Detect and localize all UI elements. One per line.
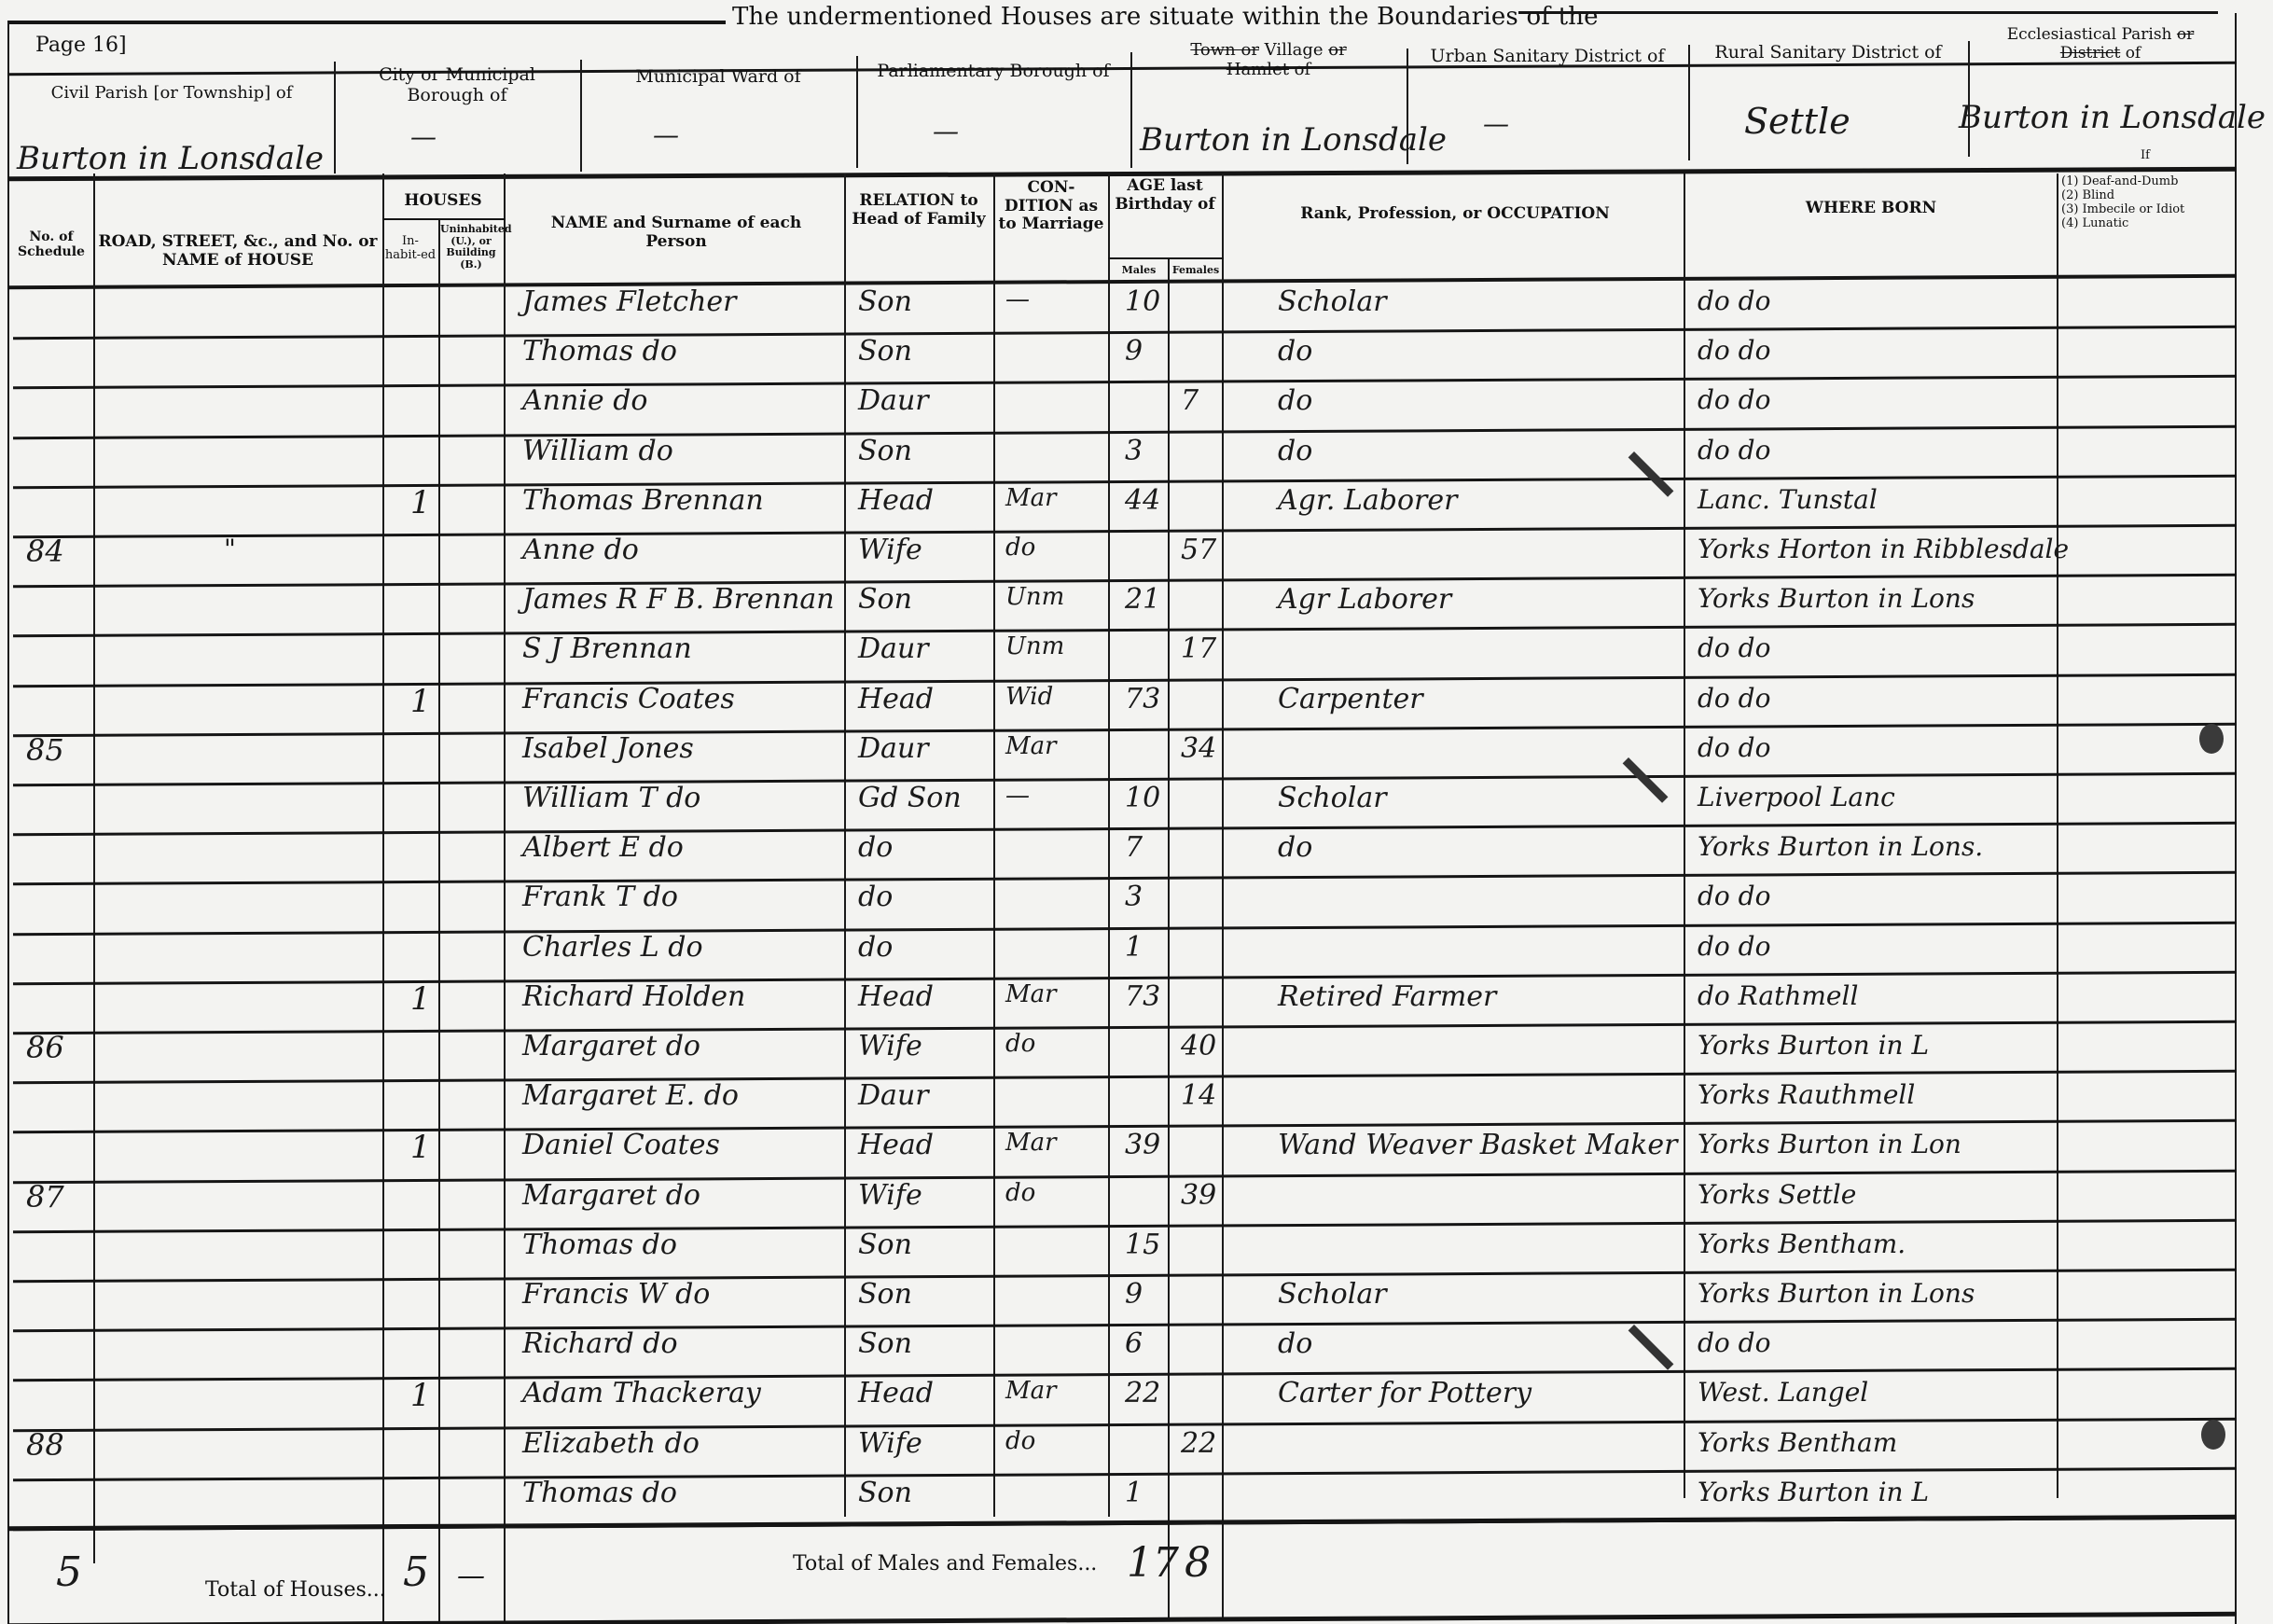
cell-name: Albert E do — [522, 831, 684, 864]
cell-occupation: Carter for Pottery — [1278, 1377, 1532, 1409]
cell-occupation: Wand Weaver Basket Maker — [1278, 1129, 1678, 1161]
cell-female-age: 17 — [1181, 632, 1216, 665]
cell-name: Richard do — [522, 1327, 678, 1360]
column-header-schedule: No. of Schedule — [11, 229, 91, 259]
boundary-value-parliamentary-borough: — — [933, 116, 959, 146]
cell-where-born: do do — [1698, 435, 1770, 465]
cell-name: William T do — [522, 782, 700, 814]
cell-name: Margaret do — [522, 1179, 700, 1212]
cell-condition: Unm — [1005, 583, 1064, 611]
cell-male-age: 1 — [1125, 1477, 1143, 1509]
column-header-males: Males — [1110, 265, 1168, 277]
boundary-value-municipal-ward: — — [653, 119, 679, 150]
cell-relation: Son — [858, 335, 912, 368]
cell-relation: Wife — [858, 1030, 922, 1062]
total-houses-inhabited: 5 — [403, 1548, 429, 1596]
cell-condition: Mar — [1005, 980, 1057, 1008]
cell-name: Margaret do — [522, 1030, 700, 1062]
boundary-value-ecclesiastical-parish: Burton in Lonsdale — [1959, 99, 2266, 136]
cell-where-born: do do — [1698, 931, 1770, 962]
cell-name: Richard Holden — [522, 980, 745, 1013]
document-title: The undermentioned Houses are situate wi… — [732, 4, 1599, 32]
cell-condition: — — [1005, 285, 1030, 313]
cell-male-age: 6 — [1125, 1327, 1143, 1360]
pencil-mark — [1629, 1325, 1674, 1370]
cell-condition: Unm — [1005, 632, 1064, 660]
census-page: Page 16] The undermentioned Houses are s… — [0, 0, 2273, 1624]
cell-where-born: Yorks Burton in Lon — [1698, 1129, 1961, 1159]
cell-relation: Head — [858, 980, 934, 1013]
cell-female-age: 34 — [1181, 732, 1216, 765]
boundary-value-city: — — [410, 121, 437, 152]
cell-schedule: 85 — [26, 732, 64, 768]
cell-name: Daniel Coates — [522, 1129, 720, 1161]
total-persons-label: Total of Males and Females... — [793, 1552, 1097, 1575]
total-females: 8 — [1185, 1539, 1211, 1587]
column-header-where-born: WHERE BORN — [1688, 200, 2054, 218]
cell-schedule: 84 — [26, 534, 64, 569]
cell-condition: Wid — [1005, 683, 1053, 711]
cell-occupation: do — [1278, 384, 1312, 417]
cell-relation: do — [858, 831, 893, 864]
cell-name: Thomas do — [522, 1477, 677, 1509]
cell-male-age: 39 — [1125, 1129, 1160, 1161]
boundary-value-rural-sanitary: Settle — [1744, 101, 1850, 142]
cell-name: Anne do — [522, 534, 639, 566]
cell-relation: do — [858, 931, 893, 964]
cell-where-born: Yorks Horton in Ribblesdale — [1698, 534, 2069, 564]
cell-name: James R F B. Brennan — [522, 583, 835, 616]
cell-male-age: 9 — [1125, 335, 1143, 368]
cell-male-age: 10 — [1125, 782, 1160, 814]
cell-relation: Head — [858, 1377, 934, 1409]
cell-name: James Fletcher — [522, 285, 736, 318]
cell-occupation: do — [1278, 335, 1312, 368]
column-header-condition: CON-DITION as to Marriage — [996, 179, 1106, 234]
cell-male-age: 3 — [1125, 435, 1143, 467]
cell-where-born: do do — [1698, 285, 1770, 316]
cell-where-born: Yorks Burton in Lons — [1698, 583, 1975, 614]
cell-where-born: Yorks Bentham. — [1698, 1228, 1906, 1259]
cell-name: Thomas Brennan — [522, 484, 764, 517]
cell-inhabited: 1 — [410, 484, 431, 521]
boundary-value-urban-sanitary: — — [1483, 108, 1509, 139]
cell-where-born: do do — [1698, 732, 1770, 763]
row-divider — [13, 1170, 2237, 1184]
cell-name: Francis W do — [522, 1278, 710, 1311]
cell-occupation: do — [1278, 435, 1312, 467]
cell-relation: Head — [858, 683, 934, 715]
cell-male-age: 10 — [1125, 285, 1160, 318]
cell-relation: Son — [858, 1278, 912, 1311]
column-header-houses: HOUSES — [382, 192, 504, 211]
cell-male-age: 15 — [1125, 1228, 1160, 1261]
cell-male-age: 73 — [1125, 683, 1160, 715]
cell-relation: Gd Son — [858, 782, 962, 814]
cell-condition: do — [1005, 1030, 1035, 1058]
row-divider — [13, 723, 2237, 737]
cell-relation: Son — [858, 1327, 912, 1360]
cell-schedule: 86 — [26, 1030, 64, 1065]
cell-name: Isabel Jones — [522, 732, 694, 765]
cell-occupation: Agr. Laborer — [1278, 484, 1458, 517]
cell-female-age: 22 — [1181, 1427, 1216, 1460]
cell-schedule: 88 — [26, 1427, 64, 1463]
ink-blot — [2199, 724, 2224, 754]
cell-relation: Daur — [858, 384, 929, 417]
boundary-label-parliamentary-borough: Parliamentary Borough of — [860, 62, 1127, 82]
page-label: Page 16] — [35, 34, 127, 57]
cell-where-born: Yorks Bentham — [1698, 1427, 1897, 1458]
pencil-mark — [1623, 757, 1669, 803]
cell-male-age: 9 — [1125, 1278, 1143, 1311]
cell-inhabited: 1 — [410, 980, 431, 1018]
cell-name: Frank T do — [522, 881, 678, 913]
cell-where-born: Liverpool Lanc — [1698, 782, 1895, 812]
column-header-infirmity: (1) Deaf-and-Dumb (2) Blind (3) Imbecile… — [2061, 175, 2229, 231]
column-header-infirmity-if: If — [2061, 149, 2229, 163]
cell-name: Thomas do — [522, 335, 677, 368]
cell-condition: do — [1005, 534, 1035, 562]
cell-relation: do — [858, 881, 893, 913]
cell-occupation: Scholar — [1278, 782, 1387, 814]
cell-condition: Mar — [1005, 1129, 1057, 1157]
cell-female-age: 14 — [1181, 1079, 1216, 1112]
row-divider — [13, 623, 2237, 637]
boundary-label-town-village: Town or Village orHamlet of — [1130, 41, 1407, 79]
total-houses-label: Total of Houses... — [205, 1578, 386, 1602]
cell-name: Charles L do — [522, 931, 703, 964]
cell-where-born: do Rathmell — [1698, 980, 1858, 1011]
cell-male-age: 73 — [1125, 980, 1160, 1013]
cell-relation: Daur — [858, 1079, 929, 1112]
ink-blot — [2201, 1420, 2225, 1450]
pencil-mark — [1629, 451, 1674, 497]
boundary-label-civil-parish: Civil Parish [or Township] of — [13, 84, 330, 104]
cell-male-age: 21 — [1125, 583, 1160, 616]
cell-male-age: 44 — [1125, 484, 1160, 517]
cell-occupation: Retired Farmer — [1278, 980, 1496, 1013]
cell-relation: Son — [858, 435, 912, 467]
cell-road: " — [224, 534, 236, 564]
cell-condition: do — [1005, 1179, 1035, 1207]
column-header-uninhabited: Uninhabited (U.), or Building (B.) — [440, 224, 502, 271]
cell-relation: Son — [858, 1477, 912, 1509]
column-header-females: Females — [1170, 265, 1222, 277]
cell-inhabited: 1 — [410, 1129, 431, 1166]
cell-name: Francis Coates — [522, 683, 735, 715]
cell-female-age: 39 — [1181, 1179, 1216, 1212]
column-header-road: ROAD, STREET, &c., and No. or NAME of HO… — [97, 233, 379, 270]
cell-occupation: Scholar — [1278, 285, 1387, 318]
cell-where-born: do do — [1698, 632, 1770, 663]
column-header-name: NAME and Surname of each Person — [522, 215, 830, 251]
cell-name: S J Brennan — [522, 632, 692, 665]
cell-male-age: 3 — [1125, 881, 1143, 913]
cell-occupation: Scholar — [1278, 1278, 1387, 1311]
boundary-value-civil-parish: Burton in Lonsdale — [17, 140, 324, 177]
cell-condition: Mar — [1005, 484, 1057, 512]
cell-where-born: Yorks Burton in Lons — [1698, 1278, 1975, 1309]
boundary-label-municipal-ward: Municipal Ward of — [584, 67, 852, 88]
cell-name: Annie do — [522, 384, 647, 417]
cell-relation: Daur — [858, 732, 929, 765]
cell-where-born: do do — [1698, 683, 1770, 714]
total-schedules: 5 — [56, 1548, 82, 1596]
column-header-occupation: Rank, Profession, or OCCUPATION — [1240, 205, 1670, 224]
cell-where-born: Yorks Burton in Lons. — [1698, 831, 1983, 862]
boundary-label-city: City or Municipal Borough of — [338, 65, 576, 106]
cell-condition: — — [1005, 782, 1030, 810]
row-divider — [13, 375, 2237, 389]
boundary-label-urban-sanitary: Urban Sanitary District of — [1410, 47, 1684, 67]
cell-relation: Wife — [858, 534, 922, 566]
cell-where-born: do do — [1698, 1327, 1770, 1358]
cell-where-born: do do — [1698, 881, 1770, 911]
cell-where-born: do do — [1698, 384, 1770, 415]
cell-schedule: 87 — [26, 1179, 64, 1215]
cell-name: Thomas do — [522, 1228, 677, 1261]
cell-inhabited: 1 — [410, 1377, 431, 1414]
boundary-value-town-village: Burton in Lonsdale — [1140, 121, 1447, 159]
cell-name: Margaret E. do — [522, 1079, 739, 1112]
cell-where-born: West. Langel — [1698, 1377, 1868, 1408]
cell-female-age: 7 — [1181, 384, 1199, 417]
cell-where-born: Yorks Rauthmell — [1698, 1079, 1915, 1110]
total-houses-uninhabited: — — [457, 1560, 485, 1592]
cell-condition: Mar — [1005, 1377, 1057, 1405]
boundary-label-ecclesiastical-parish: Ecclesiastical Parish orDistrict of — [1970, 26, 2231, 62]
cell-where-born: Yorks Burton in L — [1698, 1030, 1929, 1061]
cell-occupation: do — [1278, 831, 1312, 864]
cell-male-age: 7 — [1125, 831, 1143, 864]
cell-relation: Son — [858, 285, 912, 318]
cell-where-born: Lanc. Tunstal — [1698, 484, 1878, 515]
cell-relation: Daur — [858, 632, 929, 665]
column-header-age: AGE last Birthday of — [1110, 177, 1220, 214]
cell-inhabited: 1 — [410, 683, 431, 720]
cell-name: Adam Thackeray — [522, 1377, 761, 1409]
cell-condition: do — [1005, 1427, 1035, 1455]
total-males: 17 — [1127, 1539, 1179, 1587]
cell-female-age: 40 — [1181, 1030, 1216, 1062]
cell-relation: Wife — [858, 1427, 922, 1460]
row-divider — [13, 1418, 2237, 1432]
cell-male-age: 22 — [1125, 1377, 1160, 1409]
cell-female-age: 57 — [1181, 534, 1216, 566]
cell-name: William do — [522, 435, 673, 467]
cell-relation: Head — [858, 1129, 934, 1161]
cell-where-born: Yorks Burton in L — [1698, 1477, 1929, 1507]
cell-where-born: Yorks Settle — [1698, 1179, 1856, 1210]
cell-condition: Mar — [1005, 732, 1057, 760]
boundary-label-rural-sanitary: Rural Sanitary District of — [1692, 43, 1964, 63]
cell-relation: Son — [858, 583, 912, 616]
cell-relation: Wife — [858, 1179, 922, 1212]
cell-where-born: do do — [1698, 335, 1770, 366]
cell-occupation: Agr Laborer — [1278, 583, 1451, 616]
column-header-relation: RELATION to Head of Family — [844, 192, 993, 229]
cell-name: Elizabeth do — [522, 1427, 700, 1460]
cell-occupation: do — [1278, 1327, 1312, 1360]
cell-occupation: Carpenter — [1278, 683, 1423, 715]
cell-relation: Head — [858, 484, 934, 517]
column-header-inhabited: In-habit-ed — [384, 235, 437, 263]
cell-relation: Son — [858, 1228, 912, 1261]
cell-male-age: 1 — [1125, 931, 1143, 964]
